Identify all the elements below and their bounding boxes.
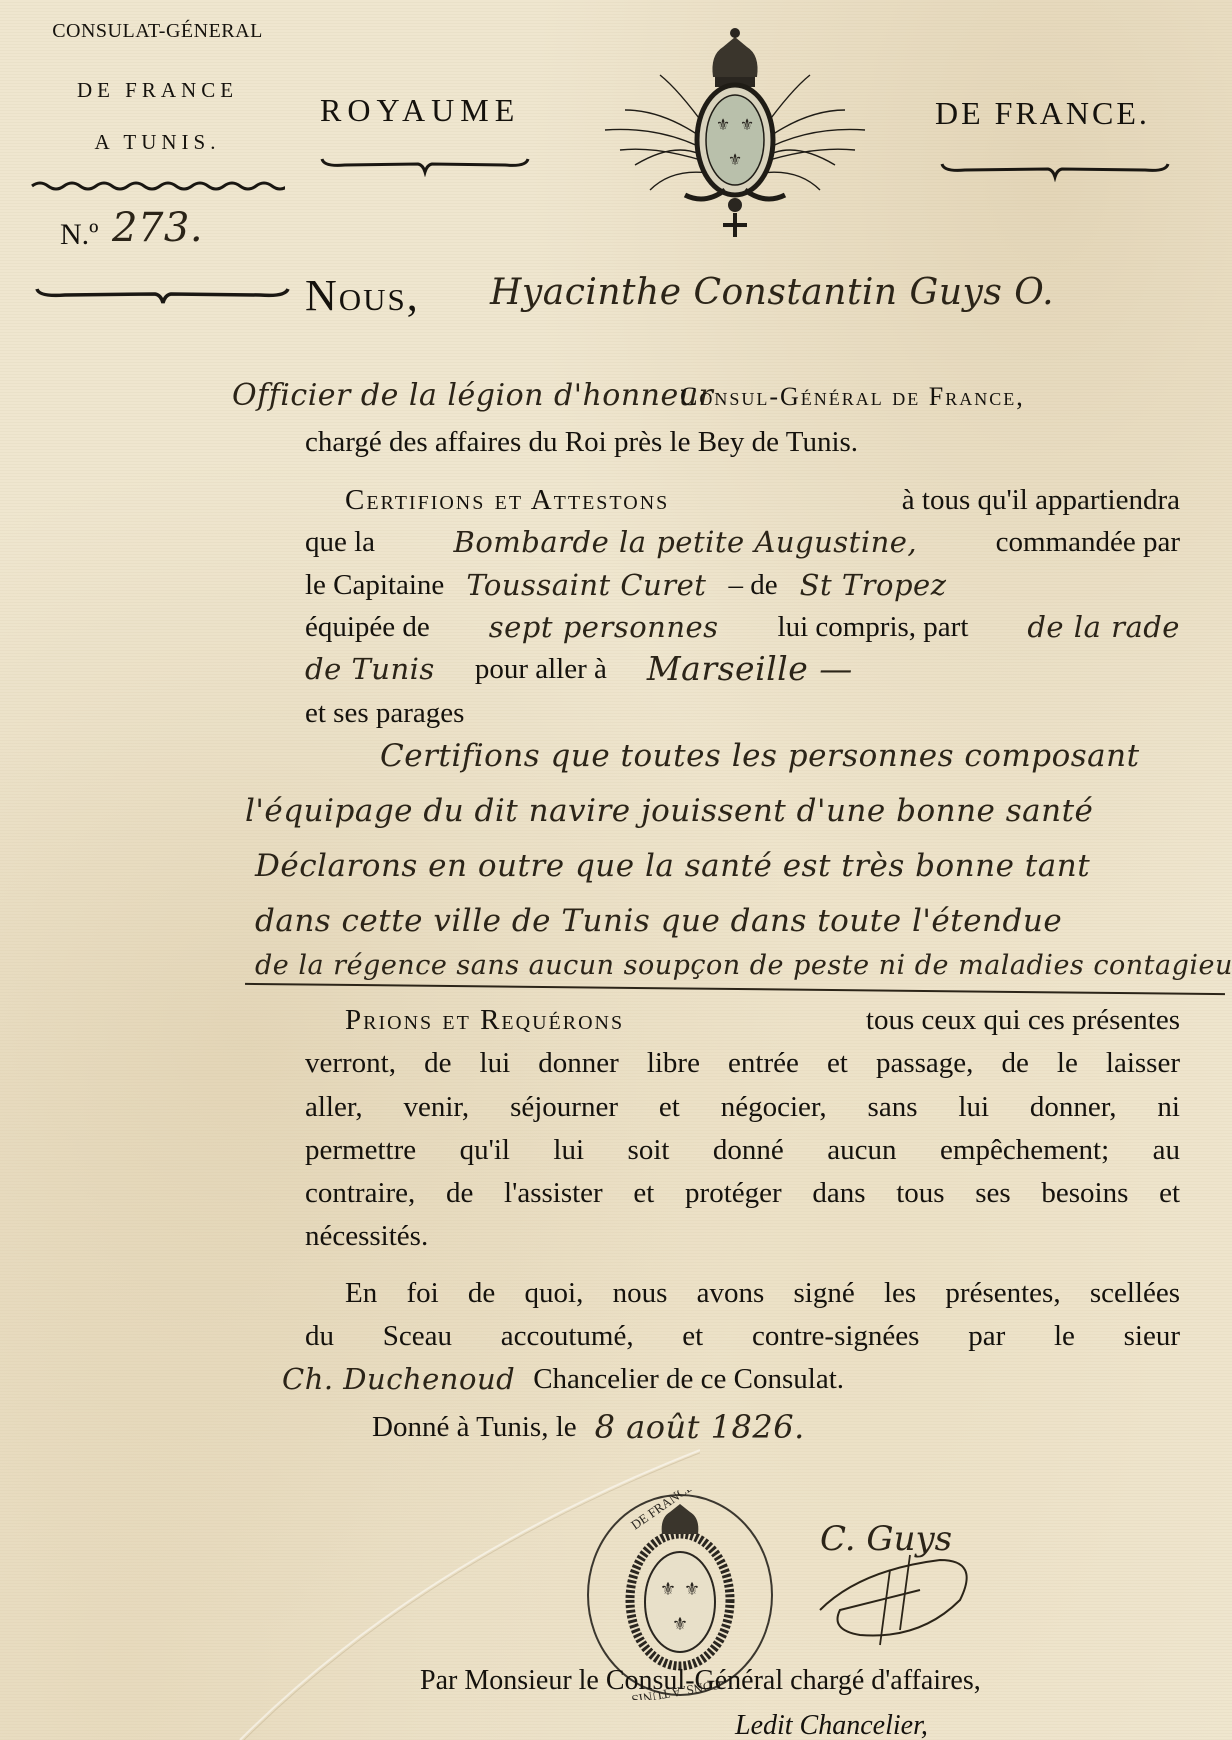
- royal-coat-of-arms-icon: ⚜⚜⚜: [565, 15, 905, 245]
- certification-line-2: que la Bombarde la petite Augustine, com…: [305, 525, 1180, 559]
- brace-divider: [35, 285, 290, 307]
- static-text: commandée par: [996, 525, 1180, 559]
- brace-divider: [940, 160, 1170, 182]
- certification-line-3: le Capitaine Toussaint Curet – de St Tro…: [305, 568, 1180, 602]
- request-line: nécessités.: [305, 1219, 1180, 1253]
- static-text: tous ceux qui ces présentes: [866, 1003, 1180, 1037]
- health-declaration-line: de la régence sans aucun soupçon de pest…: [255, 950, 1232, 981]
- health-declaration-line: l'équipage du dit navire jouissent d'une…: [245, 793, 1093, 829]
- charge-affaires-line: chargé des affaires du Roi près le Bey d…: [305, 425, 1180, 459]
- destination-handwritten: Marseille —: [647, 652, 853, 686]
- certification-line-1: Certifions et Attestons à tous qu'il app…: [345, 483, 1180, 517]
- wavy-divider: [30, 180, 285, 192]
- numero-label: N.º: [60, 218, 98, 252]
- captain-name-handwritten: Toussaint Curet: [466, 568, 706, 602]
- request-line: verront, de lui donner libre entrée et p…: [305, 1046, 1180, 1080]
- request-line: contraire, de l'assister et protéger dan…: [305, 1176, 1180, 1210]
- de-france-heading-right: DE FRANCE.: [935, 95, 1150, 132]
- chancellor-line: Ch. Duchenoud Chancelier de ce Consulat.: [282, 1362, 1157, 1396]
- static-text: que la: [305, 525, 375, 559]
- svg-text:⚜: ⚜: [684, 1579, 700, 1600]
- svg-text:⚜: ⚜: [672, 1614, 688, 1635]
- date-handwritten: 8 août 1826.: [595, 1410, 805, 1444]
- svg-text:⚜: ⚜: [740, 115, 754, 134]
- royaume-heading: ROYAUME: [320, 92, 520, 129]
- static-text: Chancelier de ce Consulat.: [533, 1362, 844, 1396]
- a-tunis-heading: A TUNIS.: [30, 130, 285, 155]
- request-line: aller, venir, séjourner et négocier, san…: [305, 1090, 1180, 1124]
- given-at-line: Donné à Tunis, le 8 août 1826.: [372, 1410, 1232, 1444]
- svg-text:⚜: ⚜: [728, 150, 742, 169]
- certifions-heading: Certifions et Attestons: [345, 483, 669, 517]
- attestation-line: En foi de quoi, nous avons signé les pré…: [345, 1276, 1180, 1310]
- chancellor-name-handwritten: Ch. Duchenoud: [282, 1362, 515, 1396]
- attestation-line: du Sceau accoutumé, et contre-signées pa…: [305, 1319, 1180, 1353]
- underline-rule: [245, 983, 1225, 995]
- brace-divider: [320, 155, 530, 177]
- health-declaration-line: Déclarons en outre que la santé est très…: [255, 848, 1090, 884]
- consul-name-handwritten: Hyacinthe Constantin Guys O.: [490, 272, 1054, 313]
- health-declaration-line: Certifions que toutes les personnes comp…: [380, 738, 1140, 774]
- signature-text: C. Guys: [820, 1519, 952, 1559]
- svg-text:⚜: ⚜: [660, 1579, 676, 1600]
- nous-label: Nous,: [305, 270, 420, 321]
- ledit-chancelier-line: Ledit Chancelier,: [735, 1710, 928, 1740]
- par-monsieur-line: Par Monsieur le Consul-Général chargé d'…: [420, 1665, 981, 1697]
- request-line: permettre qu'il lui soit donné aucun emp…: [305, 1133, 1180, 1167]
- static-text: équipée de: [305, 610, 430, 644]
- certification-text: à tous qu'il appartiendra: [902, 483, 1180, 517]
- static-text: – de: [728, 568, 777, 602]
- departure-handwritten: de la rade: [1027, 610, 1180, 644]
- static-text: lui compris, part: [778, 610, 969, 644]
- consul-general-title: Consul-Général de France,: [680, 382, 1025, 412]
- de-france-heading: DE FRANCE: [30, 78, 285, 103]
- certification-line-4: équipée de sept personnes lui compris, p…: [305, 610, 1180, 644]
- static-text: Donné à Tunis, le: [372, 1410, 577, 1444]
- certification-line-5: de Tunis pour aller à Marseille —: [305, 652, 1180, 686]
- departure-city-handwritten: de Tunis: [305, 652, 435, 686]
- vessel-name-handwritten: Bombarde la petite Augustine,: [454, 525, 918, 559]
- origin-port-handwritten: St Tropez: [800, 568, 947, 602]
- numero-value-handwritten: 273.: [112, 205, 203, 251]
- svg-text:⚜: ⚜: [716, 115, 730, 134]
- prions-heading: Prions et Requérons: [345, 1003, 624, 1037]
- consulat-general-heading: CONSULAT-GÉNERAL: [30, 20, 285, 43]
- certification-line-6: et ses parages: [305, 696, 1180, 730]
- officer-legion-honneur-handwritten: Officier de la légion d'honneur: [232, 378, 713, 413]
- static-text: le Capitaine: [305, 568, 444, 602]
- crew-count-handwritten: sept personnes: [489, 610, 719, 644]
- consul-signature: C. Guys: [800, 1500, 1020, 1660]
- request-line-1: Prions et Requérons tous ceux qui ces pr…: [345, 1003, 1180, 1037]
- health-declaration-line: dans cette ville de Tunis que dans toute…: [255, 903, 1062, 939]
- static-text: pour aller à: [475, 652, 607, 686]
